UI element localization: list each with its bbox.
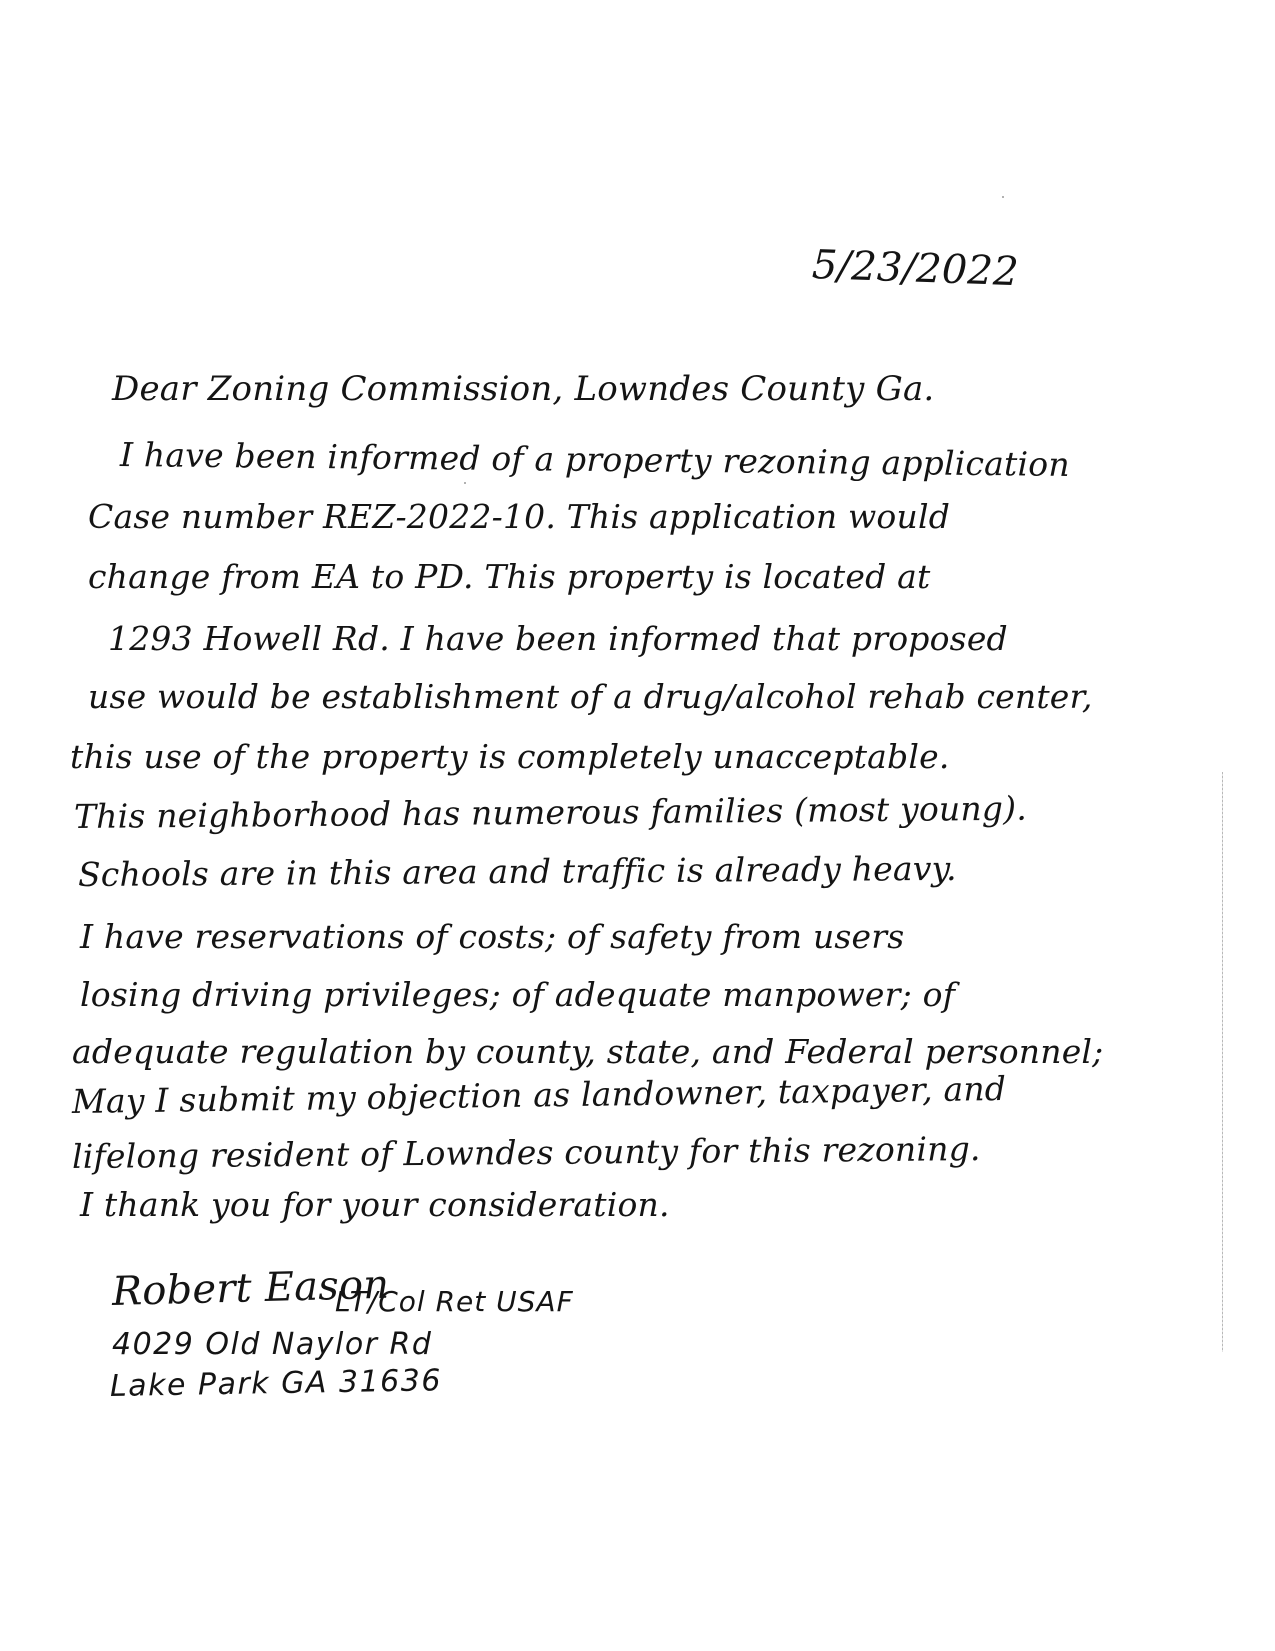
letter-body-line: lifelong resident of Lowndes county for … [72, 1132, 981, 1173]
letter-body-line: May I submit my objection as landowner, … [72, 1072, 1007, 1118]
letter-body-line: adequate regulation by county, state, an… [72, 1035, 1104, 1068]
letter-body-line: Case number REZ-2022-10. This applicatio… [88, 500, 950, 533]
letter-body-line: I have been informed of a property rezon… [120, 438, 1070, 481]
letter-body-line: losing driving privileges; of adequate m… [80, 978, 955, 1011]
letter-body-line: change from EA to PD. This property is l… [88, 560, 930, 593]
signer-title: LT/Col Ret USAF [335, 1288, 574, 1316]
letter-body-line: Schools are in this area and traffic is … [78, 852, 957, 891]
scanned-letter-page: 5/23/2022 Dear Zoning Commission, Lownde… [0, 0, 1275, 1651]
letter-body-line: use would be establishment of a drug/alc… [88, 680, 1093, 713]
letter-body-line: This neighborhood has numerous families … [74, 792, 1027, 833]
scan-speck [1002, 196, 1004, 198]
scan-speck [464, 482, 466, 484]
signer-address-line-1: 4029 Old Naylor Rd [112, 1330, 432, 1360]
letter-closing-line: I thank you for your consideration. [80, 1188, 670, 1221]
letter-salutation: Dear Zoning Commission, Lowndes County G… [112, 372, 934, 406]
letter-body-line: 1293 Howell Rd. I have been informed tha… [108, 622, 1008, 655]
letter-body-line: I have reservations of costs; of safety … [80, 920, 904, 953]
letter-date: 5/23/2022 [811, 245, 1019, 292]
letter-body-line: this use of the property is completely u… [70, 740, 950, 773]
scan-edge-artifact [1222, 772, 1223, 1352]
signer-address-line-2: Lake Park GA 31636 [110, 1366, 442, 1402]
